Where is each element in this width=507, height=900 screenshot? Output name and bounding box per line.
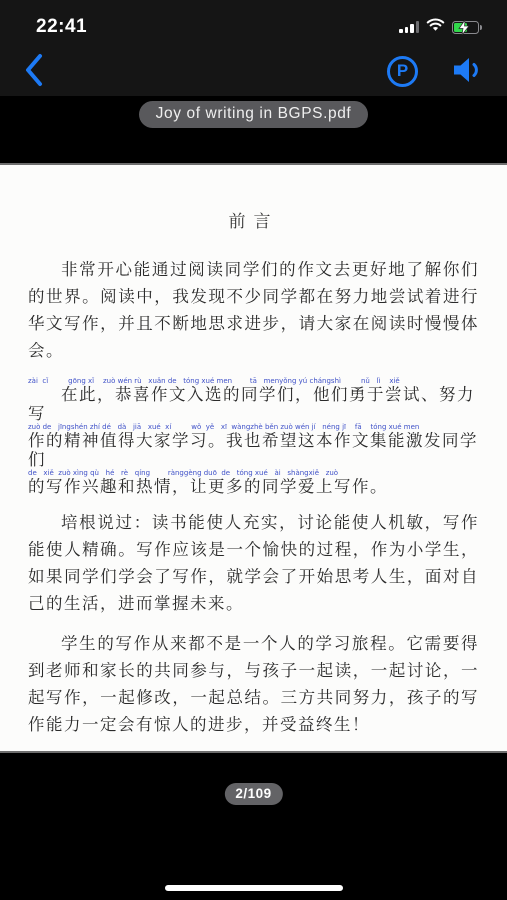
wifi-icon [426, 18, 445, 37]
back-button[interactable] [24, 53, 44, 90]
top-chrome: 22:41 [0, 0, 507, 96]
filename-strip: Joy of writing in BGPS.pdf [0, 96, 507, 163]
paragraph-4: 学生的写作从来都不是一个人的学习旅程。它需要得到老师和家长的共同参与，与孩子一起… [28, 630, 479, 738]
paragraph-1: 非常开心能通过阅读同学们的作文去更好地了解你们的世界。阅读中，我发现不少同学都在… [28, 256, 479, 364]
hanzi-line: 在此，恭喜作文入选的同学们，他们勇于尝试、努力写 [28, 385, 479, 423]
nav-bar: P [0, 46, 507, 96]
circled-p-icon: P [387, 56, 418, 87]
sound-button[interactable] [452, 56, 485, 87]
pdf-page-canvas[interactable]: 前言 非常开心能通过阅读同学们的作文去更好地了解你们的世界。阅读中，我发现不少同… [0, 163, 507, 753]
bottom-chrome: 2/109 [0, 755, 507, 900]
paragraph-2: zài cǐ gōng xǐ zuò wén rù xuǎn de tóng x… [28, 377, 479, 496]
speaker-icon [452, 56, 485, 87]
cellular-signal-icon [399, 21, 419, 33]
annotate-p-button[interactable]: P [387, 56, 418, 87]
pinyin-line: zuò de jīngshén zhí dé dà jiā xué xí wǒ … [28, 423, 479, 431]
pinyin-line: de xiě zuò xìng qù hé rè qíng rànggèng d… [28, 469, 479, 477]
page-indicator: 2/109 [224, 783, 282, 805]
battery-charging-icon [452, 21, 479, 34]
chevron-left-icon [24, 53, 44, 90]
home-indicator-bar[interactable] [165, 885, 343, 891]
hanzi-line: 作的精神值得大家学习。我也希望这本作文集能激发同学们 [28, 431, 479, 469]
hanzi-line: 的写作兴趣和热情，让更多的同学爱上写作。 [28, 477, 479, 496]
page-title: 前言 [28, 207, 479, 232]
status-icons [399, 18, 479, 37]
paragraph-3: 培根说过：读书能使人充实，讨论能使人机敏，写作能使人精确。写作应该是一个愉快的过… [28, 509, 479, 617]
status-time: 22:41 [36, 16, 87, 38]
status-bar: 22:41 [0, 0, 507, 44]
ruby-line: zuò de jīngshén zhí dé dà jiā xué xí wǒ … [28, 423, 479, 469]
ruby-line: de xiě zuò xìng qù hé rè qíng rànggèng d… [28, 469, 479, 496]
filename-pill[interactable]: Joy of writing in BGPS.pdf [139, 101, 369, 128]
pinyin-line: zài cǐ gōng xǐ zuò wén rù xuǎn de tóng x… [28, 377, 479, 385]
ruby-line: zài cǐ gōng xǐ zuò wén rù xuǎn de tóng x… [28, 377, 479, 423]
paragraph-5: 最后，我期待在将来的日子，同学们能写出更多、更好的作文；我期待下一本作文集；期待… [28, 751, 479, 753]
